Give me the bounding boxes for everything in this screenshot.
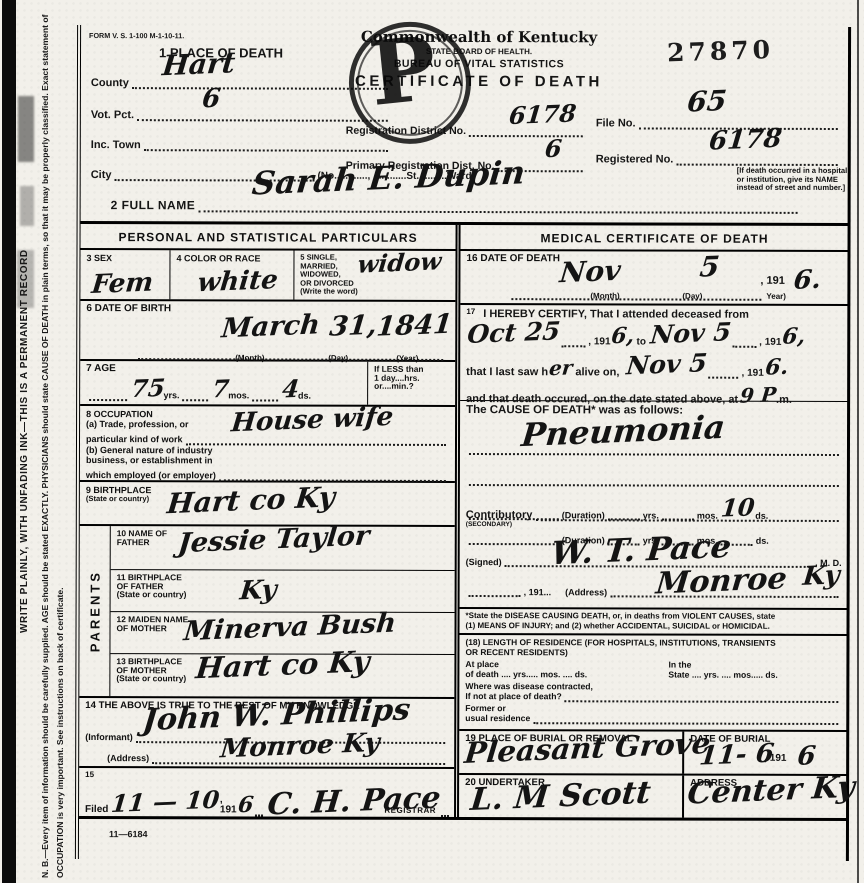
informant-label: (Informant) bbox=[85, 732, 133, 743]
parents-rows: 10 NAME OF FATHER Jessie Taylor 11 BIRTH… bbox=[110, 526, 454, 697]
signed-label: (Signed) bbox=[466, 557, 502, 568]
age-days-value: 4 bbox=[281, 376, 300, 401]
certificate-body: FORM V. S. 1-100 M-1-10-11. P 1 PLACE OF… bbox=[75, 25, 851, 861]
father-name-row: 10 NAME OF FATHER Jessie Taylor bbox=[111, 526, 455, 571]
signed-address-label: (Address) bbox=[565, 587, 607, 598]
father-bp-label3: (State or country) bbox=[117, 590, 449, 599]
mother-birthplace-row: 13 BIRTHPLACE OF MOTHER (State or countr… bbox=[110, 654, 454, 697]
margin-notice-permanent-record: WRITE PLAINLY, WITH UNFADING INK—THIS IS… bbox=[19, 8, 36, 874]
sex-race-marital-row: 3 SEX Fem 4 COLOR OR RACE white 5 SINGLE… bbox=[80, 250, 455, 302]
personal-column: PERSONAL AND STATISTICAL PARTICULARS 3 S… bbox=[79, 224, 461, 817]
contributory-label: Contributory bbox=[466, 509, 533, 521]
inc-town-label: Inc. Town bbox=[91, 139, 141, 151]
dotted-line bbox=[469, 582, 521, 597]
seg-191-c: , 191 bbox=[742, 368, 764, 379]
footnote-line2: (1) MEANS OF INJURY; and (2) whether ACC… bbox=[466, 621, 842, 632]
registrar-stamp: P bbox=[349, 22, 471, 144]
sex-label: 3 SEX bbox=[86, 253, 163, 264]
age-days-unit: ds. bbox=[298, 391, 311, 402]
age-years-value: 75 bbox=[130, 375, 166, 400]
date-of-death-row: 16 DATE OF DEATH Nov 5 , 191 6. (Month) … bbox=[460, 251, 848, 306]
file-number-label: File No. bbox=[596, 117, 636, 129]
from-year-suffix: 6, bbox=[611, 324, 636, 347]
occupation-a2: particular kind of work bbox=[86, 434, 183, 445]
dotted-line bbox=[533, 714, 838, 725]
burial-year-suffix: 6 bbox=[796, 743, 817, 770]
length-of-residence-block: (18) LENGTH OF RESIDENCE (FOR HOSPITALS,… bbox=[459, 635, 847, 732]
dotted-line bbox=[535, 506, 838, 522]
county-label: County bbox=[91, 77, 129, 89]
dotted-line bbox=[709, 364, 739, 379]
personal-section-title: PERSONAL AND STATISTICAL PARTICULARS bbox=[81, 224, 456, 251]
certificate-serial-number: 27870 bbox=[667, 35, 775, 67]
dod-year-printed: , 191 bbox=[760, 276, 784, 287]
plate-code: 11—6184 bbox=[109, 829, 148, 839]
dotted-line bbox=[469, 530, 559, 545]
cause-of-death-block: The CAUSE OF DEATH* was as follows: Pneu… bbox=[460, 401, 848, 504]
father-name-value: Jessie Taylor bbox=[177, 522, 371, 557]
dotted-line bbox=[252, 386, 278, 401]
filed-label: Filed bbox=[85, 805, 108, 816]
birthplace-row: 9 BIRTHPLACE (State or country) Hart co … bbox=[80, 482, 455, 527]
undertaker-value: L. M Scott bbox=[469, 778, 652, 816]
informant-address-label: (Address) bbox=[107, 753, 149, 764]
dotted-line bbox=[565, 692, 839, 703]
dotted-line bbox=[144, 136, 388, 152]
seg-191-a: , 191 bbox=[588, 336, 610, 347]
mother-name-value: Minerva Bush bbox=[182, 610, 397, 646]
residence-title2: OR RECENT RESIDENTS) bbox=[465, 648, 841, 659]
dotted-line bbox=[89, 386, 127, 401]
age-months-value: 7 bbox=[212, 376, 231, 401]
filed-row: 15 Filed 11 — 10 , 191 6 C. H. Pace REGI… bbox=[79, 768, 454, 817]
to-year-suffix: 6, bbox=[781, 325, 806, 348]
less-than-one-day-cell: If LESS than 1 day....hrs. or....min.? bbox=[367, 362, 455, 405]
undertaker-row: 20 UNDERTAKER L. M Scott ADDRESS Center … bbox=[459, 775, 847, 818]
father-birthplace-value: Ky bbox=[239, 577, 278, 604]
last-seen-value: Nov 5 bbox=[625, 350, 708, 378]
mother-birthplace-value: Hart co Ky bbox=[194, 647, 371, 683]
sex-value: Fem bbox=[90, 270, 154, 298]
scan-edge-bar bbox=[2, 0, 16, 883]
dod-caption-day: (Day) bbox=[682, 292, 702, 301]
registrar-label: REGISTRAR bbox=[384, 807, 436, 816]
dod-year-suffix: 6. bbox=[792, 267, 822, 294]
signed-address-row: , 191... (Address) Monroe Ky bbox=[460, 579, 848, 610]
at-place-cell: At place of death .... yrs..... mos. ...… bbox=[465, 660, 668, 680]
certify-block: 17 I HEREBY CERTIFY, That I attended dec… bbox=[460, 305, 848, 402]
informant-address-value: Monroe Ky bbox=[219, 730, 381, 762]
burial-place-value: Pleasant Grove bbox=[463, 729, 712, 768]
certify-number: 17 bbox=[466, 308, 475, 317]
undertaker-address-cell: ADDRESS Center Ky bbox=[684, 776, 847, 818]
seg-191-b: , 191 bbox=[759, 337, 781, 348]
occupation-b3: which employed (or employer) bbox=[86, 470, 216, 481]
occupation-b2: business, or establishment in bbox=[86, 455, 449, 466]
voting-precinct-label: Vot. Pct. bbox=[91, 109, 134, 121]
dotted-line bbox=[441, 802, 449, 817]
certificate-columns: PERSONAL AND STATISTICAL PARTICULARS 3 S… bbox=[79, 221, 849, 821]
in-state-cell: In the State .... yrs. .... mos..... ds. bbox=[668, 661, 841, 681]
attended-from-value: Oct 25 bbox=[466, 318, 561, 347]
burial-place-cell: 19 PLACE OF BURIAL OR REMOVAL Pleasant G… bbox=[459, 731, 684, 774]
age-cell: 7 AGE 75 yrs. 7 mos. 4 ds. bbox=[80, 361, 367, 404]
less-line3: or....min.? bbox=[374, 382, 449, 391]
registered-number-label: Registered No. bbox=[596, 153, 674, 165]
registered-number-row: Registered No. 6178 bbox=[596, 150, 841, 166]
dod-day-value: 5 bbox=[698, 253, 720, 282]
physician-signature: W. T. Pace bbox=[550, 530, 733, 569]
to-word: to bbox=[637, 336, 646, 347]
physician-address-state: Ky bbox=[802, 562, 841, 589]
cause-value: Pneumonia bbox=[520, 411, 727, 451]
last-saw-line: that I last saw h bbox=[466, 366, 548, 378]
registration-district-value: 6178 bbox=[508, 101, 578, 128]
undertaker-cell: 20 UNDERTAKER L. M Scott bbox=[459, 775, 684, 818]
seen-year-suffix: 6. bbox=[764, 356, 789, 379]
in-state-line2: State .... yrs. .... mos..... ds. bbox=[668, 670, 841, 680]
dod-month-value: Nov bbox=[558, 257, 622, 287]
dod-label: 16 DATE OF DEATH bbox=[466, 254, 842, 265]
alive-on: alive on, bbox=[575, 366, 619, 378]
dotted-line bbox=[511, 285, 761, 301]
age-row: 7 AGE 75 yrs. 7 mos. 4 ds. bbox=[80, 361, 455, 406]
dod-caption-year: Year) bbox=[766, 292, 786, 301]
dotted-line bbox=[469, 471, 839, 487]
informant-block: 14 THE ABOVE IS TRUE TO THE BEST OF MY K… bbox=[79, 698, 454, 769]
birthplace-value: Hart co Ky bbox=[166, 483, 337, 518]
dotted-line bbox=[183, 386, 209, 401]
her-handwritten: er bbox=[548, 357, 573, 378]
burial-row: 19 PLACE OF BURIAL OR REMOVAL Pleasant G… bbox=[459, 731, 847, 776]
full-name-value: Sarah E. Dupin bbox=[251, 156, 527, 199]
filed-date-value: 11 — 10 bbox=[110, 787, 220, 815]
dotted-line bbox=[732, 333, 756, 348]
date-of-birth-row: 6 DATE OF BIRTH March 31, 1841 (Month) (… bbox=[80, 301, 455, 362]
stamp-letter: P bbox=[366, 24, 441, 118]
scanned-death-certificate: WRITE PLAINLY, WITH UNFADING INK—THIS IS… bbox=[0, 0, 864, 883]
marital-label-line5: (Write the word) bbox=[300, 288, 449, 297]
medical-section-title: MEDICAL CERTIFICATE OF DEATH bbox=[461, 225, 849, 252]
filed-year-suffix: 6 bbox=[237, 793, 255, 816]
dotted-line bbox=[137, 106, 388, 122]
race-value: white bbox=[196, 267, 279, 296]
father-birthplace-row: 11 BIRTHPLACE OF FATHER (State or countr… bbox=[111, 570, 455, 613]
occupation-row: 8 OCCUPATION (a) Trade, profession, or p… bbox=[80, 406, 455, 483]
scan-edge-line bbox=[857, 0, 859, 883]
dob-month-value: March bbox=[220, 311, 321, 342]
occupation-value: House wife bbox=[230, 403, 394, 436]
filed-year-printed: , 191 bbox=[220, 795, 237, 816]
marital-cell: 5 SINGLE, MARRIED, WIDOWED, OR DIVORCED … bbox=[294, 251, 455, 300]
race-cell: 4 COLOR OR RACE white bbox=[170, 250, 294, 299]
marital-value: widow bbox=[356, 249, 442, 276]
parents-block: PARENTS 10 NAME OF FATHER Jessie Taylor … bbox=[79, 526, 454, 699]
dob-day-value: 31, bbox=[328, 312, 378, 341]
parents-label-text: PARENTS bbox=[87, 570, 102, 652]
physician-address-value: Monroe bbox=[655, 564, 789, 599]
form-number: FORM V. S. 1-100 M-1-10-11. bbox=[89, 31, 184, 40]
attended-to-value: Nov 5 bbox=[649, 319, 732, 347]
age-months-unit: mos. bbox=[228, 390, 249, 401]
medical-column: MEDICAL CERTIFICATE OF DEATH 16 DATE OF … bbox=[459, 225, 849, 818]
filed-number: 15 bbox=[85, 771, 448, 781]
county-value: Hart bbox=[161, 49, 236, 80]
dod-caption-month: (Month) bbox=[590, 291, 619, 300]
signed-row: (Signed) , M. D. W. T. Pace bbox=[460, 549, 848, 580]
secondary-label: (SECONDARY) bbox=[466, 521, 842, 529]
dotted-line bbox=[561, 332, 585, 347]
city-label: City bbox=[91, 169, 112, 181]
dotted-line bbox=[255, 801, 263, 816]
margin-notice-instructions: N. B.—Every item of information should b… bbox=[38, 4, 74, 878]
voting-precinct-value: 6 bbox=[201, 86, 222, 113]
parents-vertical-label: PARENTS bbox=[79, 526, 110, 696]
contracted-line2: If not at place of death? bbox=[465, 692, 561, 702]
contrib-ds: ds. bbox=[756, 535, 769, 546]
race-label: 4 COLOR OR RACE bbox=[176, 253, 287, 264]
full-name-row: 2 FULL NAME Sarah E. Dupin bbox=[111, 197, 801, 214]
undertaker-address-value: Center Ky bbox=[686, 773, 856, 810]
age-years-unit: yrs. bbox=[164, 390, 180, 401]
file-number-value: 65 bbox=[686, 87, 728, 117]
sex-cell: 3 SEX Fem bbox=[80, 250, 170, 299]
hospital-instruction-note: [If death occurred in a hospital or inst… bbox=[737, 167, 849, 193]
dotted-line bbox=[219, 466, 446, 482]
footnote-line1: *State the DISEASE CAUSING DEATH, or, in… bbox=[466, 611, 842, 622]
cause-footnote: *State the DISEASE CAUSING DEATH, or, in… bbox=[459, 609, 847, 636]
primary-registration-value: 6 bbox=[544, 137, 563, 162]
registered-number-value: 6178 bbox=[708, 126, 783, 155]
signed-year: , 191... bbox=[524, 587, 552, 598]
dob-year-value: 1841 bbox=[375, 311, 453, 341]
full-name-label: 2 FULL NAME bbox=[111, 198, 196, 212]
burial-date-value: 11- 6 bbox=[698, 741, 775, 770]
at-place-line2: of death .... yrs..... mos. .... ds. bbox=[465, 670, 668, 680]
former-line2: usual residence bbox=[465, 714, 530, 724]
